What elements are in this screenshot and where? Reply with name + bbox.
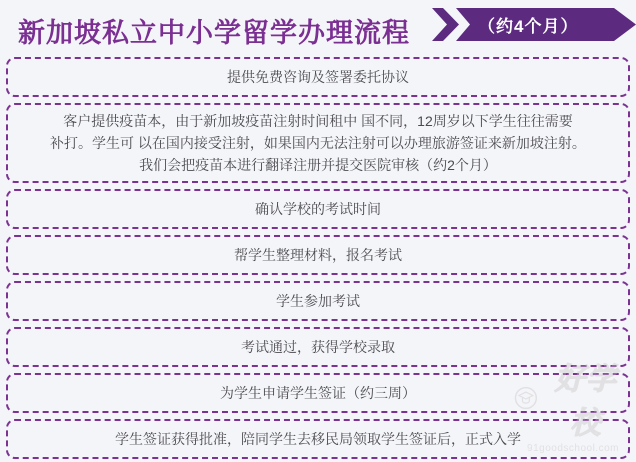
duration-banner: （约4个月） [432, 8, 636, 41]
infographic-page: 新加坡私立中小学留学办理流程 （约4个月） 提供免费咨询及签署委托协议 客户提供… [0, 0, 636, 462]
flow-step-4: 帮学生整理材料，报名考试 [6, 235, 630, 275]
step-text: 学生签证获得批准，陪同学生去移民局领取学生签证后，正式入学 [115, 428, 521, 450]
flow-step-5: 学生参加考试 [6, 281, 630, 321]
step-text: 学生参加考试 [276, 290, 360, 312]
step-text: 提供免费咨询及签署委托协议 [227, 66, 409, 88]
flow-step-1: 提供免费咨询及签署委托协议 [6, 57, 630, 97]
flow-step-6: 考试通过，获得学校录取 [6, 327, 630, 367]
step-text-line: 我们会把疫苗本进行翻译注册并提交医院审核（约2个月） [139, 154, 497, 176]
page-title: 新加坡私立中小学留学办理流程 [18, 11, 410, 50]
process-flow: 提供免费咨询及签署委托协议 客户提供疫苗本，由于新加坡疫苗注射时间租中 国不同，… [6, 57, 630, 459]
duration-label: （约4个月） [478, 8, 578, 41]
flow-step-3: 确认学校的考试时间 [6, 189, 630, 229]
step-text-line: 补打。学生可 以在国内接受注射，如果国内无法注射可以办理旅游签证来新加坡注射。 [50, 132, 586, 154]
flow-step-2: 客户提供疫苗本，由于新加坡疫苗注射时间租中 国不同，12周岁以下学生往往需要 补… [6, 103, 630, 183]
step-text: 为学生申请学生签证（约三周） [220, 382, 416, 404]
flow-step-8: 学生签证获得批准，陪同学生去移民局领取学生签证后，正式入学 [6, 419, 630, 459]
step-text: 考试通过，获得学校录取 [241, 336, 395, 358]
step-text-line: 客户提供疫苗本，由于新加坡疫苗注射时间租中 国不同，12周岁以下学生往往需要 [63, 110, 572, 132]
step-text: 确认学校的考试时间 [255, 198, 381, 220]
step-text: 帮学生整理材料，报名考试 [234, 244, 402, 266]
flow-step-7: 为学生申请学生签证（约三周） [6, 373, 630, 413]
